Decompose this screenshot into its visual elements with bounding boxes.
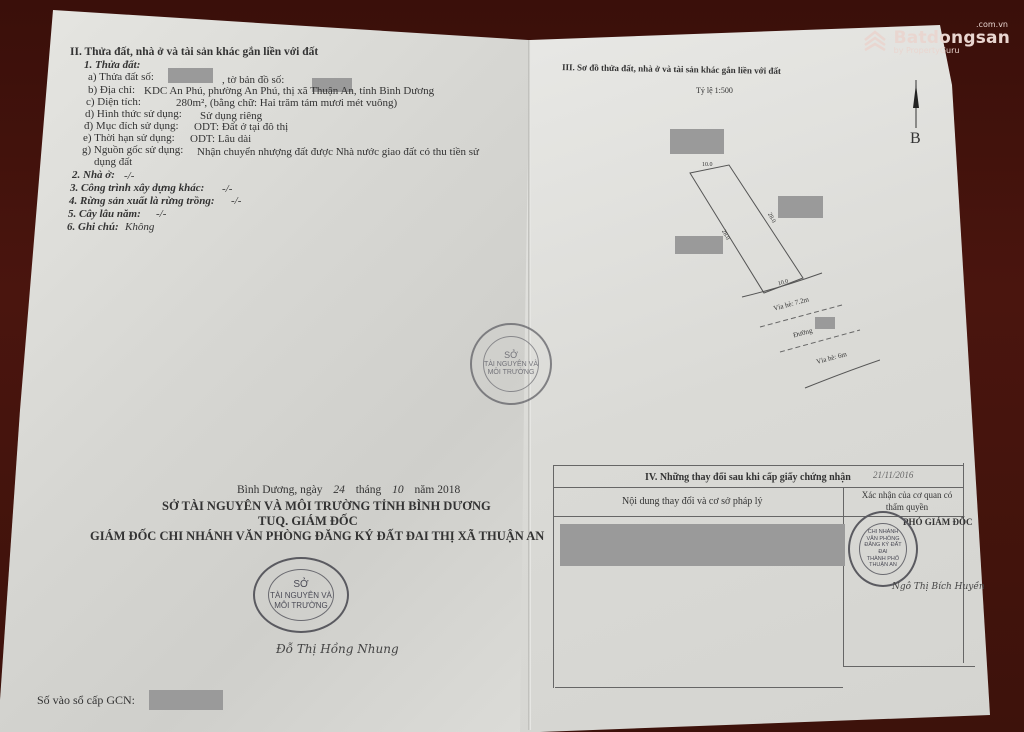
redacted-plot-number — [168, 68, 213, 83]
item-other-construction-value: -/- — [222, 183, 232, 195]
field-area-value: 280m², (bằng chữ: Hai trăm tám mươi mét … — [176, 97, 397, 109]
redacted-road-name — [815, 317, 835, 329]
field-plot-number-label: a) Thửa đất số: — [88, 71, 154, 83]
house-layers-icon — [862, 29, 888, 55]
field-address-value: KDC An Phú, phường An Phú, thị xã Thuận … — [144, 85, 434, 97]
redacted-gcn-number — [149, 690, 223, 710]
redacted-neighbor-north — [670, 129, 724, 154]
item-house-value: -/- — [124, 170, 134, 182]
changes-date-note: 21/11/2016 — [873, 470, 913, 480]
changes-col-content: Nội dung thay đổi và cơ sở pháp lý — [622, 496, 763, 507]
field-usage-term-value: ODT: Lâu dài — [190, 133, 251, 145]
stamp-line-2: TÀI NGUYÊN VÀ — [270, 591, 332, 601]
map-scale: Tỷ lệ 1:500 — [696, 86, 733, 95]
stamp-line-3: MÔI TRƯỜNG — [274, 601, 328, 611]
item-plantation-forest-value: -/- — [231, 195, 241, 207]
item-perennial-trees-label: 5. Cây lâu năm: — [68, 208, 141, 220]
redacted-neighbor-east — [778, 196, 823, 218]
authority-department: SỞ TÀI NGUYÊN VÀ MÔI TRƯỜNG TỈNH BÌNH DƯ… — [162, 499, 491, 514]
field-origin-value-cont: dụng đất — [94, 156, 132, 168]
item-notes-label: 6. Ghi chú: — [67, 221, 119, 233]
field-origin-label: g) Nguồn gốc sử dụng: — [82, 144, 183, 156]
field-usage-term-label: e) Thời hạn sử dụng: — [83, 132, 175, 144]
dept-stamp: SỞ TÀI NGUYÊN VÀ MÔI TRƯỜNG — [253, 557, 349, 633]
plot-diagram: 10.0 28.0 28.0 10.0 Vỉa hè: 7.2m Đường V… — [660, 120, 880, 400]
field-address-label: b) Địa chỉ: — [88, 84, 135, 96]
left-signer-name: Đỗ Thị Hồng Nhung — [276, 642, 399, 656]
item-notes-value: Không — [125, 221, 154, 233]
watermark-domain: .com.vn — [976, 20, 1008, 29]
field-usage-purpose-label: đ) Mục đích sử dụng: — [84, 120, 179, 132]
changes-col-confirmation: Xác nhận của cơ quan có thẩm quyền — [852, 489, 962, 513]
authority-branch-director: GIÁM ĐỐC CHI NHÁNH VĂN PHÒNG ĐĂNG KÝ ĐẤT… — [90, 529, 544, 544]
field-usage-purpose-value: ODT: Đất ở tại đô thị — [194, 121, 288, 133]
date-prefix: Bình Dương, ngày — [237, 484, 322, 496]
branch-stamp: CHI NHÁNH VĂN PHÒNG ĐĂNG KÝ ĐẤT ĐAI THÀN… — [848, 511, 918, 587]
watermark-brand: Batdongsan — [894, 28, 1010, 48]
date-year-label: năm — [415, 484, 435, 496]
overlap-stamp-line-3: MÔI TRƯỜNG — [488, 369, 535, 377]
overlap-stamp-line-1: SỞ — [504, 350, 518, 361]
branch-stamp-line-5: THUẬN AN — [869, 562, 897, 569]
section-ii-title: II. Thửa đất, nhà ở và tài sản khác gắn … — [70, 46, 318, 58]
changes-table-title: IV. Những thay đổi sau khi cấp giấy chứn… — [645, 472, 851, 483]
field-area-label: c) Diện tích: — [86, 96, 141, 108]
redacted-change-content — [560, 524, 845, 566]
authority-on-behalf: TUQ. GIÁM ĐỐC — [258, 514, 358, 529]
item-other-construction-label: 3. Công trình xây dựng khác: — [70, 182, 204, 194]
field-usage-form-label: d) Hình thức sử dụng: — [85, 108, 182, 120]
overlap-stamp: SỞ TÀI NGUYÊN VÀ MÔI TRƯỜNG — [470, 323, 552, 405]
date-month-label: tháng — [356, 484, 382, 496]
branch-stamp-line-3: ĐĂNG KÝ ĐẤT ĐAI — [860, 542, 906, 555]
edge-top-length: 10.0 — [702, 162, 713, 168]
item-house-label: 2. Nhà ở: — [72, 169, 115, 181]
field-origin-value: Nhận chuyển nhượng đất được Nhà nước gia… — [197, 146, 479, 158]
date-year: 2018 — [437, 484, 460, 496]
gcn-entry-label: Số vào sổ cấp GCN: — [37, 693, 135, 708]
date-month: 10 — [392, 484, 404, 496]
subsection-land-plot: 1. Thửa đất: — [84, 59, 140, 71]
batdongsan-watermark: .com.vn Batdongsan by PropertyGuru — [862, 28, 1010, 55]
stamp-line-1: SỞ — [293, 579, 308, 591]
issue-date-line: Bình Dương, ngày 24 tháng 10 năm 2018 — [237, 484, 460, 496]
item-plantation-forest-label: 4. Rừng sản xuất là rừng trồng: — [69, 195, 215, 207]
north-label: B — [910, 130, 921, 148]
item-perennial-trees-value: -/- — [156, 208, 166, 220]
right-signer-name: Ngô Thị Bích Huyền — [892, 582, 985, 592]
date-day: 24 — [333, 484, 345, 496]
changes-signer-role: PHÓ GIÁM ĐỐC — [903, 517, 973, 527]
certificate-left-page — [0, 10, 535, 732]
branch-stamp-line-1: CHI NHÁNH — [868, 529, 899, 536]
redacted-neighbor-west — [675, 236, 723, 254]
